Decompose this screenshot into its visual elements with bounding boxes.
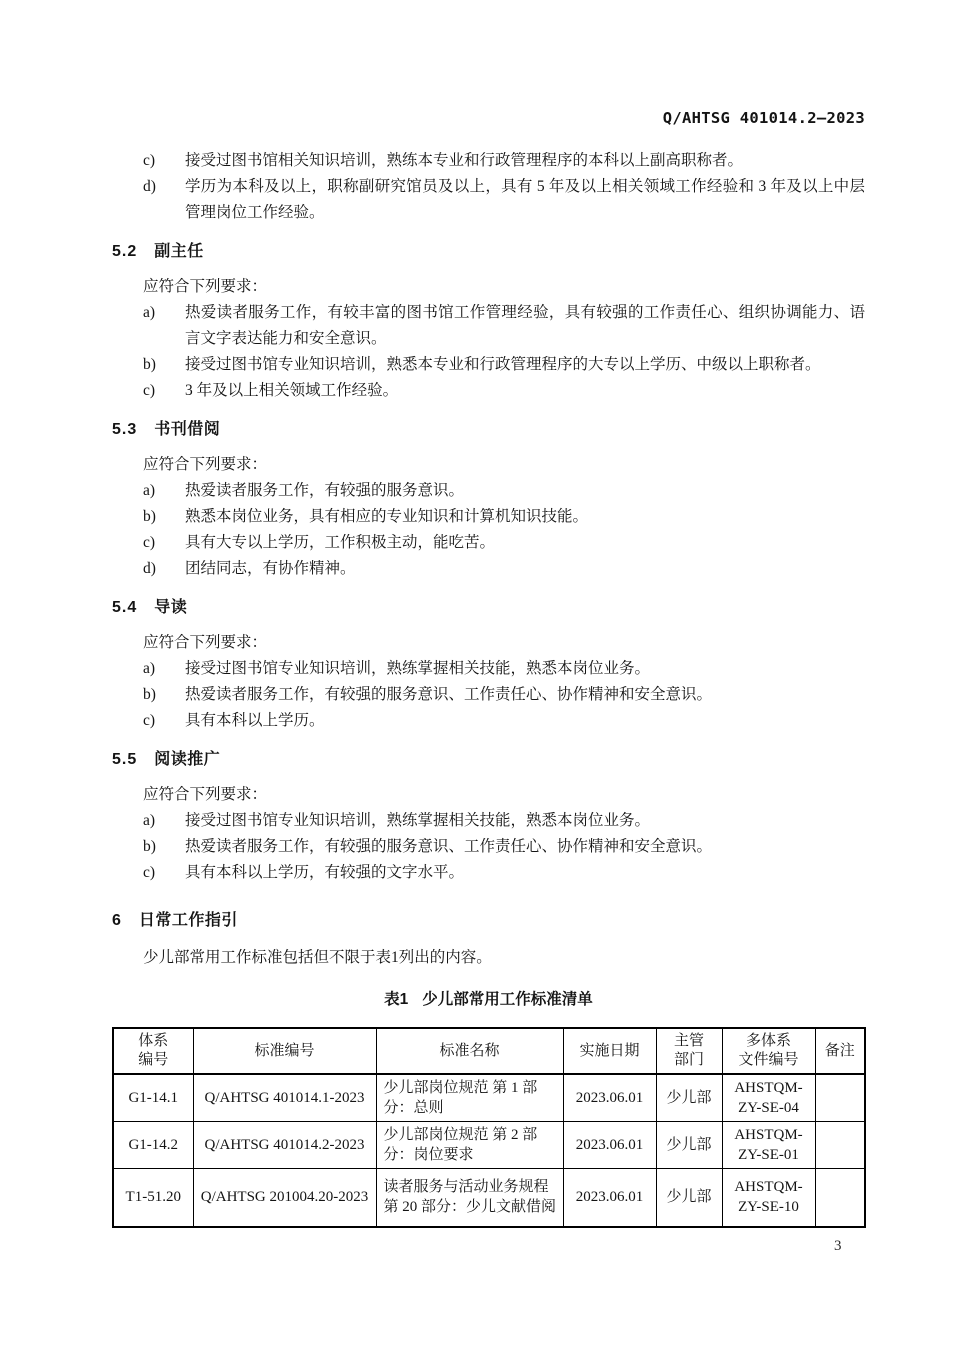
- list-item-text: 熟悉本岗位业务，具有相应的专业知识和计算机知识技能。: [185, 508, 588, 525]
- cell-dept: 少儿部: [656, 1122, 722, 1169]
- header-line: 文件编号: [727, 1051, 811, 1070]
- multi-doc-line: ZY-SE-04: [727, 1098, 811, 1118]
- cell-remark: [815, 1074, 865, 1122]
- table-header-system-no: 体系 编号: [113, 1028, 193, 1074]
- section-intro: 应符合下列要求：: [143, 452, 865, 478]
- section-intro: 应符合下列要求：: [143, 782, 865, 808]
- section-title: 日常工作指引: [139, 912, 238, 929]
- list-item-text: 学历为本科及以上，职称副研究馆员及以上，具有 5 年及以上相关领域工作经验和 3…: [185, 178, 865, 221]
- list-item-marker: c): [143, 530, 155, 556]
- cell-dept: 少儿部: [656, 1074, 722, 1122]
- section-heading-5-2: 5.2副主任: [112, 239, 865, 265]
- table-header-std-name: 标准名称: [376, 1028, 563, 1074]
- list-item-marker: c): [143, 378, 155, 404]
- list-item: c) 具有本科以上学历，有较强的文字水平。: [112, 860, 865, 886]
- section-number: 5.4: [112, 599, 137, 616]
- multi-doc-line: AHSTQM-: [727, 1125, 811, 1145]
- table-header-multi-doc: 多体系 文件编号: [722, 1028, 815, 1074]
- table-row: T1-51.20 Q/AHTSG 201004.20-2023 读者服务与活动业…: [113, 1169, 865, 1227]
- list-item-marker: b): [143, 504, 156, 530]
- table-header-remark: 备注: [815, 1028, 865, 1074]
- section-heading-5-4: 5.4导读: [112, 595, 865, 621]
- section-intro: 应符合下列要求：: [143, 630, 865, 656]
- multi-doc-line: AHSTQM-: [727, 1177, 811, 1197]
- section-paragraph: 少儿部常用工作标准包括但不限于表1列出的内容。: [143, 945, 865, 971]
- list-item-text: 热爱读者服务工作，有较丰富的图书馆工作管理经验，具有较强的工作责任心、组织协调能…: [185, 304, 865, 347]
- list-item: d) 团结同志，有协作精神。: [112, 556, 865, 582]
- list-item: a) 接受过图书馆专业知识培训，熟练掌握相关技能，熟悉本岗位业务。: [112, 808, 865, 834]
- table-header-dept: 主管 部门: [656, 1028, 722, 1074]
- list-item-text: 接受过图书馆专业知识培训，熟悉本专业和行政管理程序的大专以上学历、中级以上职称者…: [185, 356, 821, 373]
- document-page: Q/AHTSG 401014.2—2023 c) 接受过图书馆相关知识培训，熟练…: [0, 0, 953, 1350]
- header-line: 体系: [118, 1032, 189, 1051]
- list-item-text: 3 年及以上相关领域工作经验。: [185, 382, 398, 399]
- table-header-std-no: 标准编号: [193, 1028, 376, 1074]
- list-item: a) 热爱读者服务工作，有较丰富的图书馆工作管理经验，具有较强的工作责任心、组织…: [112, 300, 865, 352]
- list-item-marker: b): [143, 834, 156, 860]
- list-item-marker: c): [143, 860, 155, 886]
- cell-remark: [815, 1169, 865, 1227]
- table-caption-title: 少儿部常用工作标准清单: [422, 991, 593, 1008]
- table-row: G1-14.2 Q/AHTSG 401014.2-2023 少儿部岗位规范 第 …: [113, 1122, 865, 1169]
- list-item-text: 团结同志，有协作精神。: [185, 560, 356, 577]
- list-item-marker: d): [143, 174, 156, 200]
- section-number: 5.3: [112, 421, 137, 438]
- standards-table: 体系 编号 标准编号 标准名称 实施日期 主管 部门 多体系 文件编号 备注: [112, 1027, 866, 1228]
- document-body: c) 接受过图书馆相关知识培训，熟练本专业和行政管理程序的本科以上副高职称者。 …: [112, 148, 865, 1228]
- list-item-marker: b): [143, 352, 156, 378]
- list-item-text: 热爱读者服务工作，有较强的服务意识、工作责任心、协作精神和安全意识。: [185, 838, 712, 855]
- list-item: c) 3 年及以上相关领域工作经验。: [112, 378, 865, 404]
- list-item-text: 热爱读者服务工作，有较强的服务意识。: [185, 482, 464, 499]
- list-item-marker: b): [143, 682, 156, 708]
- section-number: 5.2: [112, 243, 137, 260]
- section-title: 导读: [154, 599, 187, 616]
- section-number: 5.5: [112, 751, 137, 768]
- section-title: 副主任: [154, 243, 204, 260]
- cell-std-no: Q/AHTSG 201004.20-2023: [193, 1169, 376, 1227]
- list-item: a) 接受过图书馆专业知识培训，熟练掌握相关技能，熟悉本岗位业务。: [112, 656, 865, 682]
- cell-std-name: 少儿部岗位规范 第 1 部分：总则: [376, 1074, 563, 1122]
- section-heading-5-3: 5.3书刊借阅: [112, 417, 865, 443]
- list-item-marker: a): [143, 300, 155, 326]
- list-item-marker: c): [143, 148, 155, 174]
- cell-multi-doc: AHSTQM- ZY-SE-10: [722, 1169, 815, 1227]
- section-number: 6: [112, 912, 122, 929]
- table-header-impl-date: 实施日期: [563, 1028, 656, 1074]
- list-item: a) 热爱读者服务工作，有较强的服务意识。: [112, 478, 865, 504]
- header-line: 编号: [118, 1051, 189, 1070]
- list-item-text: 接受过图书馆专业知识培训，熟练掌握相关技能，熟悉本岗位业务。: [185, 660, 650, 677]
- table-caption-label: 表1: [384, 991, 408, 1008]
- multi-doc-line: ZY-SE-01: [727, 1145, 811, 1165]
- list-item-text: 具有本科以上学历。: [185, 712, 325, 729]
- cell-dept: 少儿部: [656, 1169, 722, 1227]
- multi-doc-line: ZY-SE-10: [727, 1197, 811, 1217]
- list-item: c) 具有大专以上学历，工作积极主动，能吃苦。: [112, 530, 865, 556]
- multi-doc-line: AHSTQM-: [727, 1078, 811, 1098]
- cell-system-no: G1-14.1: [113, 1074, 193, 1122]
- cell-system-no: T1-51.20: [113, 1169, 193, 1227]
- section-heading-6: 6日常工作指引: [112, 908, 865, 934]
- list-item-text: 具有大专以上学历，工作积极主动，能吃苦。: [185, 534, 495, 551]
- list-item-marker: a): [143, 656, 155, 682]
- cell-remark: [815, 1122, 865, 1169]
- cell-impl-date: 2023.06.01: [563, 1074, 656, 1122]
- cell-std-no: Q/AHTSG 401014.2-2023: [193, 1122, 376, 1169]
- section-intro: 应符合下列要求：: [143, 274, 865, 300]
- section-title: 书刊借阅: [154, 421, 220, 438]
- list-item: c) 接受过图书馆相关知识培训，熟练本专业和行政管理程序的本科以上副高职称者。: [112, 148, 865, 174]
- table-row: G1-14.1 Q/AHTSG 401014.1-2023 少儿部岗位规范 第 …: [113, 1074, 865, 1122]
- list-item-text: 热爱读者服务工作，有较强的服务意识、工作责任心、协作精神和安全意识。: [185, 686, 712, 703]
- section-title: 阅读推广: [154, 751, 220, 768]
- header-line: 多体系: [727, 1032, 811, 1051]
- list-item: c) 具有本科以上学历。: [112, 708, 865, 734]
- list-item-marker: d): [143, 556, 156, 582]
- table-header-row: 体系 编号 标准编号 标准名称 实施日期 主管 部门 多体系 文件编号 备注: [113, 1028, 865, 1074]
- header-line: 主管: [661, 1032, 718, 1051]
- list-item-text: 接受过图书馆相关知识培训，熟练本专业和行政管理程序的本科以上副高职称者。: [185, 152, 743, 169]
- section-heading-5-5: 5.5阅读推广: [112, 747, 865, 773]
- cell-impl-date: 2023.06.01: [563, 1122, 656, 1169]
- list-item: d) 学历为本科及以上，职称副研究馆员及以上，具有 5 年及以上相关领域工作经验…: [112, 174, 865, 226]
- table-caption: 表1少儿部常用工作标准清单: [112, 987, 865, 1013]
- cell-std-name: 读者服务与活动业务规程 第 20 部分：少儿文献借阅: [376, 1169, 563, 1227]
- list-item: b) 热爱读者服务工作，有较强的服务意识、工作责任心、协作精神和安全意识。: [112, 682, 865, 708]
- cell-impl-date: 2023.06.01: [563, 1169, 656, 1227]
- list-item-marker: a): [143, 808, 155, 834]
- cell-multi-doc: AHSTQM- ZY-SE-04: [722, 1074, 815, 1122]
- list-item-text: 接受过图书馆专业知识培训，熟练掌握相关技能，熟悉本岗位业务。: [185, 812, 650, 829]
- page-number: 3: [834, 1238, 842, 1255]
- cell-std-name: 少儿部岗位规范 第 2 部分：岗位要求: [376, 1122, 563, 1169]
- list-item: b) 熟悉本岗位业务，具有相应的专业知识和计算机知识技能。: [112, 504, 865, 530]
- cell-std-no: Q/AHTSG 401014.1-2023: [193, 1074, 376, 1122]
- header-line: 部门: [661, 1051, 718, 1070]
- list-item-marker: c): [143, 708, 155, 734]
- document-code-header: Q/AHTSG 401014.2—2023: [663, 109, 865, 127]
- list-item: b) 接受过图书馆专业知识培训，熟悉本专业和行政管理程序的大专以上学历、中级以上…: [112, 352, 865, 378]
- list-item-text: 具有本科以上学历，有较强的文字水平。: [185, 864, 464, 881]
- cell-system-no: G1-14.2: [113, 1122, 193, 1169]
- cell-multi-doc: AHSTQM- ZY-SE-01: [722, 1122, 815, 1169]
- list-item-marker: a): [143, 478, 155, 504]
- list-item: b) 热爱读者服务工作，有较强的服务意识、工作责任心、协作精神和安全意识。: [112, 834, 865, 860]
